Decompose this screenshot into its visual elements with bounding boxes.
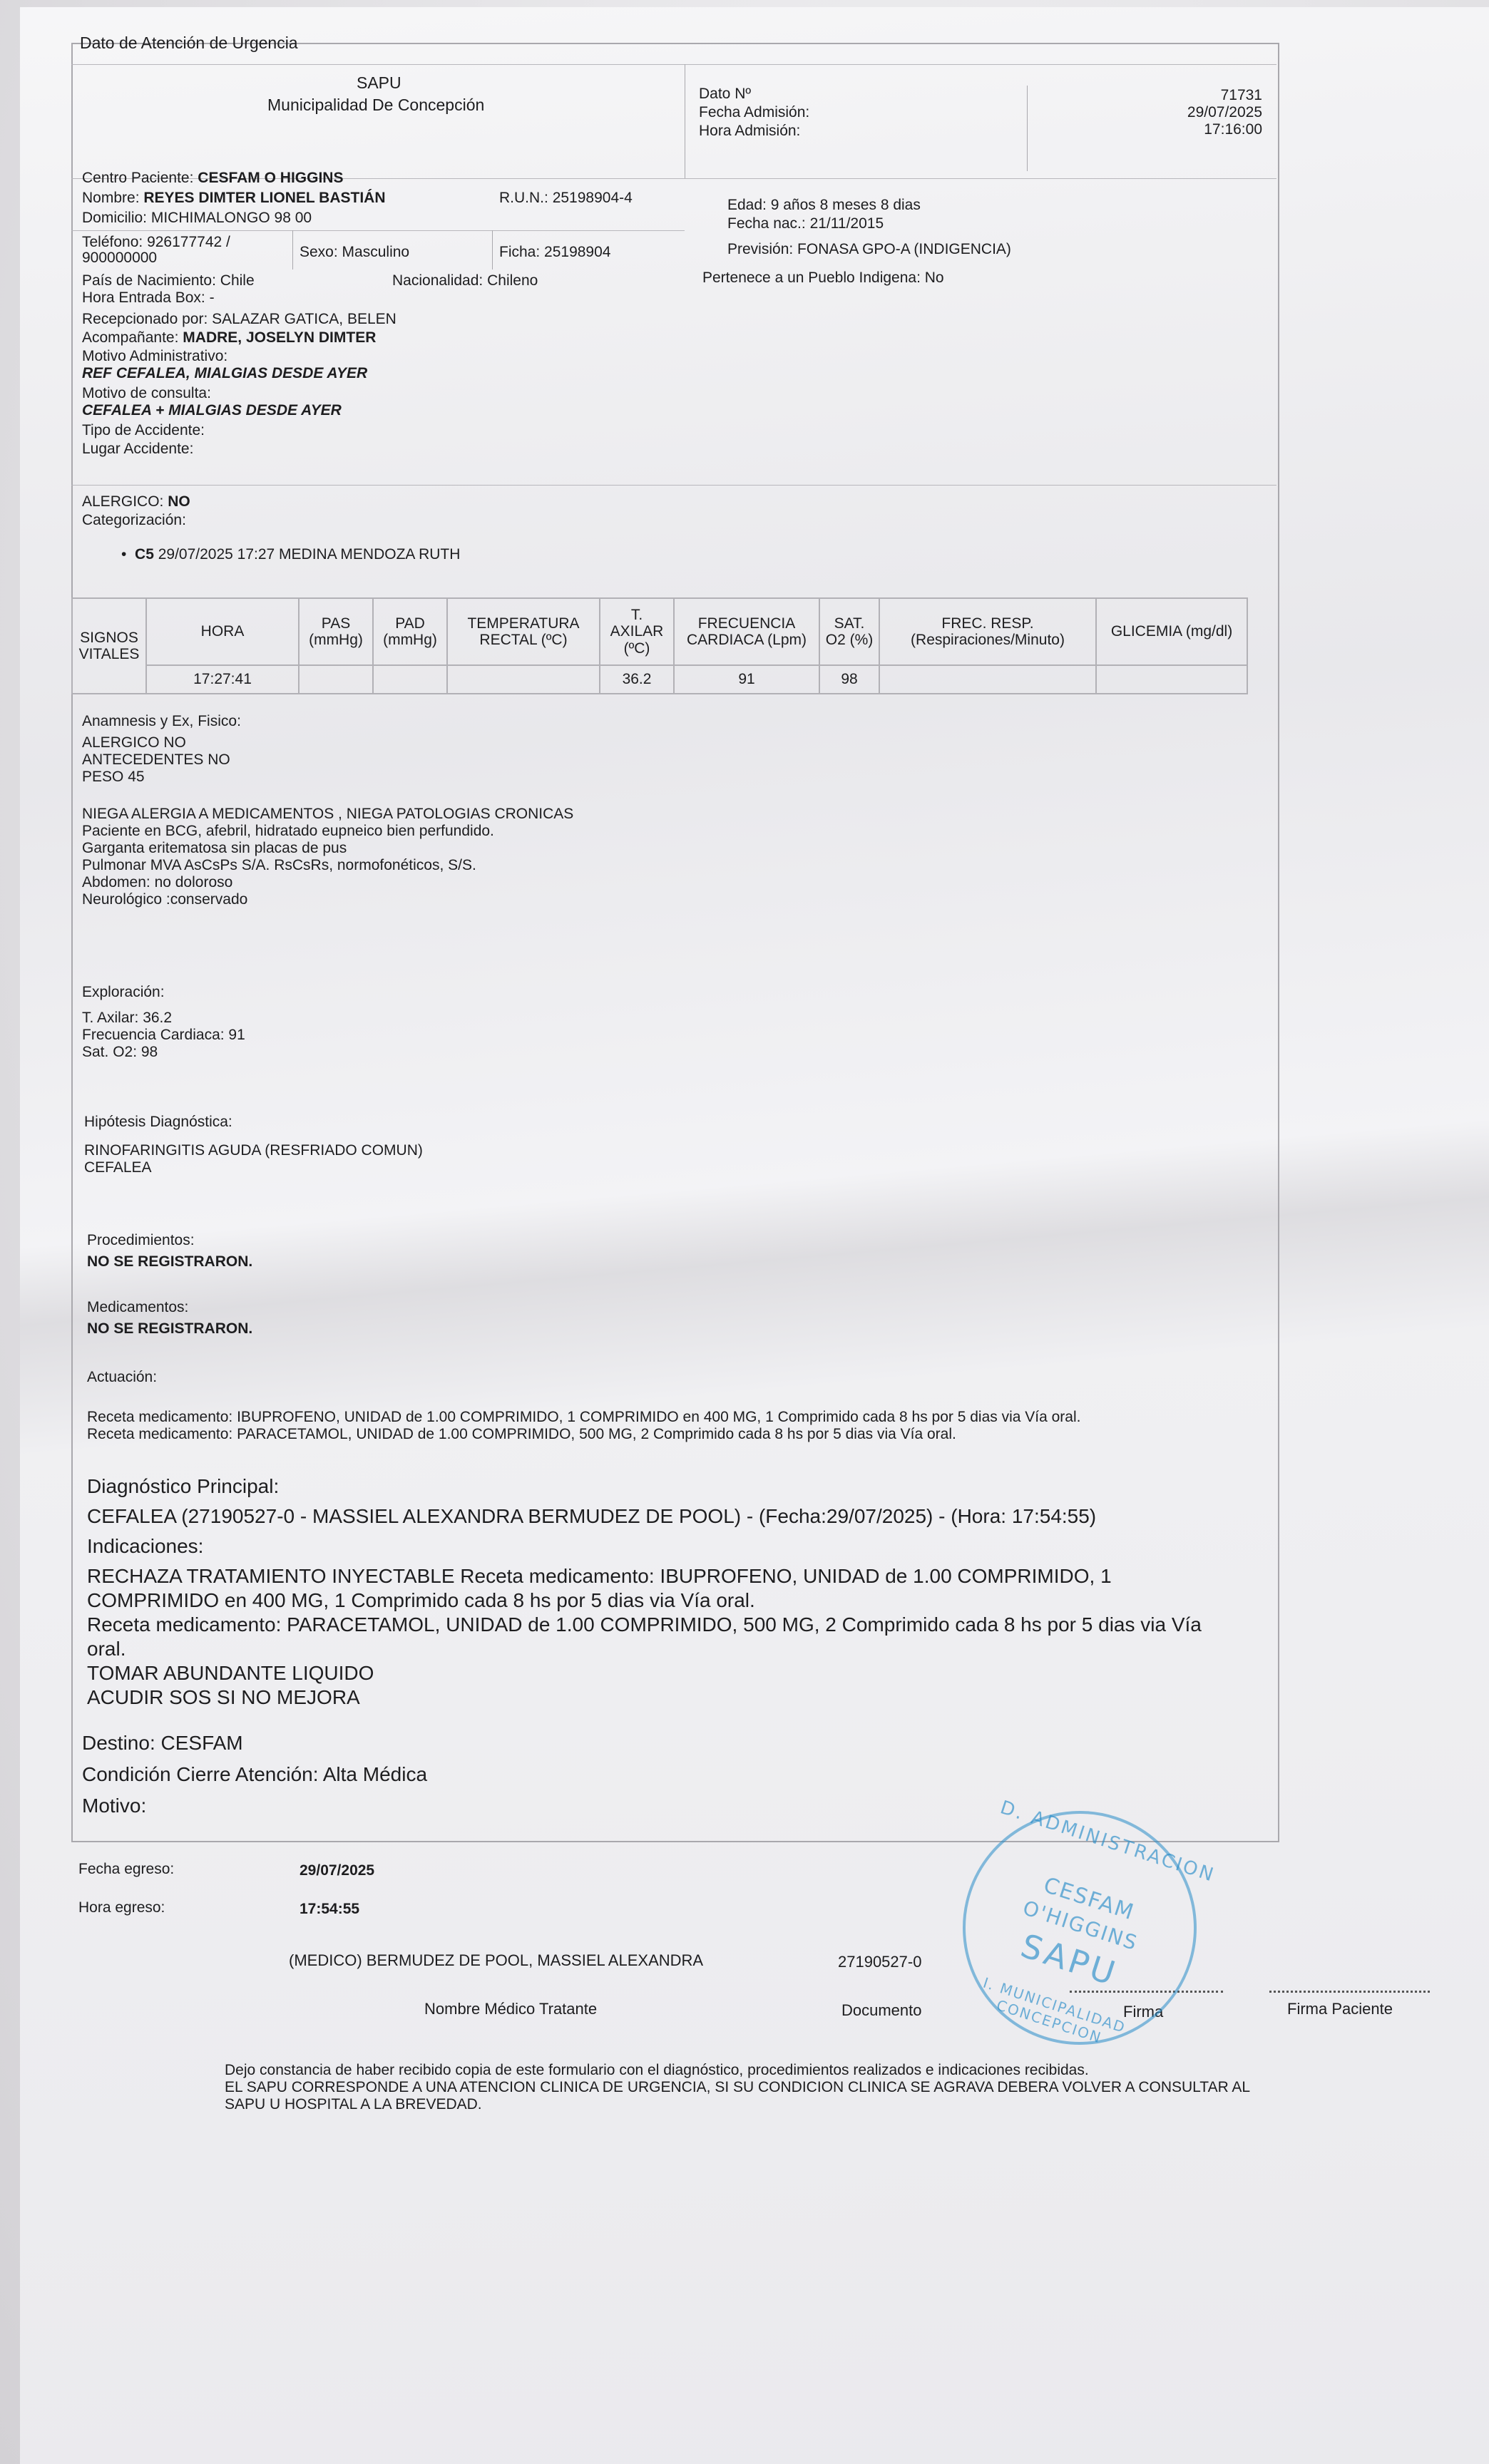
anamnesis-line: ALERGICO NO [82, 734, 186, 751]
hora-admision-label: Hora Admisión: [699, 123, 800, 139]
recepcionado-label: Recepcionado por: [82, 311, 208, 327]
medicamentos-value: NO SE REGISTRARON. [87, 1320, 252, 1337]
hora-box-label: Hora Entrada Box: [82, 289, 205, 306]
firma-paciente-line [1269, 1991, 1430, 1993]
motivo-cierre: Motivo: [82, 1795, 146, 1817]
anamnesis-line: NIEGA ALERGIA A MEDICAMENTOS , NIEGA PAT… [82, 806, 573, 822]
actuacion-label: Actuación: [87, 1369, 157, 1385]
run-value: 25198904-4 [553, 190, 633, 206]
divider [492, 230, 493, 269]
telefono-value: 926177742 / [147, 234, 230, 250]
fecha-egreso-label: Fecha egreso: [78, 1861, 174, 1877]
nombre-value: REYES DIMTER LIONEL BASTIÁN [143, 190, 385, 206]
anamnesis-line: ANTECEDENTES NO [82, 751, 230, 768]
motivo-admin-value: REF CEFALEA, MIALGIAS DESDE AYER [82, 365, 367, 381]
centro-paciente: Centro Paciente: CESFAM O HIGGINS [82, 170, 343, 186]
anamnesis-line: Paciente en BCG, afebril, hidratado eupn… [82, 823, 494, 839]
ficha: Ficha: 25198904 [499, 244, 610, 260]
anamnesis-line: Abdomen: no doloroso [82, 874, 232, 890]
sexo-value: Masculino [342, 244, 410, 260]
telefono: Teléfono: 926177742 / [82, 234, 230, 250]
anamnesis-line: Neurológico :conservado [82, 891, 247, 908]
footer-line: SAPU U HOSPITAL A LA BREVEDAD. [225, 2096, 482, 2113]
sexo-label: Sexo: [300, 244, 338, 260]
divider [71, 230, 685, 231]
institution-name: SAPU [357, 74, 401, 92]
categorizacion-code: C5 [135, 546, 154, 563]
indicaciones-line: COMPRIMIDO en 400 MG, 1 Comprimido cada … [87, 1590, 755, 1612]
vital-signs-value-row: 17:27:41 36.2 91 98 [72, 665, 1247, 694]
vital-signs-row-label: SIGNOS VITALES [72, 598, 146, 694]
vital-value-frec-cardiaca: 91 [674, 665, 819, 694]
footer-line: EL SAPU CORRESPONDE A UNA ATENCION CLINI… [225, 2079, 1250, 2095]
indicaciones-line: RECHAZA TRATAMIENTO INYECTABLE Receta me… [87, 1566, 1112, 1588]
pueblo-label: Pertenece a un Pueblo Indigena: [702, 269, 921, 286]
vital-header: SAT. O2 (%) [819, 598, 879, 665]
tipo-accidente-label: Tipo de Accidente: [82, 422, 205, 438]
categorizacion-value: 29/07/2025 17:27 MEDINA MENDOZA RUTH [158, 546, 461, 563]
domicilio-value: MICHIMALONGO 98 00 [151, 210, 312, 226]
anamnesis-line: Pulmonar MVA AsCsPs S/A. RsCsRs, normofo… [82, 857, 476, 873]
vital-value-pad [373, 665, 447, 694]
vital-signs-header-row: SIGNOS VITALES HORA PAS (mmHg) PAD (mmHg… [72, 598, 1247, 665]
vital-value-temp-axilar: 36.2 [600, 665, 674, 694]
pais-label: País de Nacimiento: [82, 272, 216, 289]
procedimientos-value: NO SE REGISTRARON. [87, 1253, 252, 1270]
alergico: ALERGICO: NO [82, 493, 190, 510]
edad-label: Edad: [727, 197, 767, 213]
hora-egreso-value: 17:54:55 [300, 1901, 359, 1917]
divider [71, 64, 1276, 65]
nacionalidad: Nacionalidad: Chileno [392, 272, 538, 289]
telefono-label: Teléfono: [82, 234, 143, 250]
divider [1027, 86, 1028, 171]
vital-header: PAD (mmHg) [373, 598, 447, 665]
categorizacion-label: Categorización: [82, 512, 186, 528]
vital-value-pas [299, 665, 373, 694]
ficha-value: 25198904 [544, 244, 610, 260]
motivo-admin-label: Motivo Administrativo: [82, 348, 227, 364]
vital-header: T. AXILAR (ºC) [600, 598, 674, 665]
hora-admision-value: 17:16:00 [1204, 121, 1262, 138]
nombre-label: Nombre: [82, 190, 140, 206]
ficha-label: Ficha: [499, 244, 540, 260]
domicilio-label: Domicilio: [82, 210, 147, 226]
prevision-value: FONASA GPO-A (INDIGENCIA) [797, 241, 1011, 257]
edad-value: 9 años 8 meses 8 dias [771, 197, 921, 213]
anamnesis-line: PESO 45 [82, 769, 145, 785]
run-label: R.U.N.: [499, 190, 548, 206]
centro-value: CESFAM O HIGGINS [198, 170, 343, 186]
fecha-admision-label: Fecha Admisión: [699, 104, 809, 120]
motivo-consulta-label: Motivo de consulta: [82, 385, 211, 401]
pais-nacimiento: País de Nacimiento: Chile [82, 272, 255, 289]
acompanante-label: Acompañante: [82, 329, 178, 346]
hipotesis-line: RINOFARINGITIS AGUDA (RESFRIADO COMUN) [84, 1142, 423, 1159]
domicilio: Domicilio: MICHIMALONGO 98 00 [82, 210, 312, 226]
documento-label: Documento [841, 2002, 922, 2019]
firma-paciente-label: Firma Paciente [1287, 2001, 1393, 2018]
medicamentos-label: Medicamentos: [87, 1299, 188, 1315]
alergico-value: NO [168, 493, 190, 510]
vital-header: HORA [146, 598, 299, 665]
hora-egreso-label: Hora egreso: [78, 1899, 165, 1916]
vital-header: FREC. RESP. (Respiraciones/Minuto) [879, 598, 1096, 665]
medico-nombre: (MEDICO) BERMUDEZ DE POOL, MASSIEL ALEXA… [289, 1952, 703, 1969]
hora-box-value: - [210, 289, 215, 306]
nacionalidad-label: Nacionalidad: [392, 272, 483, 289]
sexo: Sexo: Masculino [300, 244, 409, 260]
recepcionado: Recepcionado por: SALAZAR GATICA, BELEN [82, 311, 396, 327]
vital-value-temp-rectal [447, 665, 600, 694]
acompanante: Acompañante: MADRE, JOSELYN DIMTER [82, 329, 376, 346]
vital-value-glicemia [1096, 665, 1247, 694]
recepcionado-value: SALAZAR GATICA, BELEN [212, 311, 396, 327]
municipality-name: Municipalidad De Concepción [267, 96, 484, 114]
vital-value-frec-resp [879, 665, 1096, 694]
pueblo-value: No [925, 269, 944, 286]
pueblo-indigena: Pertenece a un Pueblo Indigena: No [702, 269, 944, 286]
diagnostico-label: Diagnóstico Principal: [87, 1476, 279, 1498]
divider [685, 64, 685, 178]
exploracion-line: Frecuencia Cardiaca: 91 [82, 1027, 245, 1043]
footer-line: Dejo constancia de haber recibido copia … [225, 2062, 1089, 2078]
vital-header: TEMPERATURA RECTAL (ºC) [447, 598, 600, 665]
indicaciones-line: Receta medicamento: PARACETAMOL, UNIDAD … [87, 1614, 1202, 1636]
anamnesis-line: Garganta eritematosa sin placas de pus [82, 840, 347, 856]
indicaciones-line: oral. [87, 1638, 126, 1660]
vital-header: FRECUENCIA CARDIACA (Lpm) [674, 598, 819, 665]
actuacion-line: Receta medicamento: PARACETAMOL, UNIDAD … [87, 1426, 956, 1442]
fecha-nac-value: 21/11/2015 [810, 215, 884, 232]
exploracion-label: Exploración: [82, 984, 165, 1000]
fecha-egreso-value: 29/07/2025 [300, 1862, 374, 1879]
telefono-value-2: 900000000 [82, 250, 157, 266]
form-title: Dato de Atención de Urgencia [80, 34, 298, 52]
indicaciones-label: Indicaciones: [87, 1536, 203, 1558]
fecha-nac-label: Fecha nac.: [727, 215, 806, 232]
hora-entrada-box: Hora Entrada Box: - [82, 289, 215, 306]
centro-label: Centro Paciente: [82, 170, 193, 186]
edad: Edad: 9 años 8 meses 8 dias [727, 197, 921, 213]
divider [292, 230, 293, 269]
fecha-nacimiento: Fecha nac.: 21/11/2015 [727, 215, 884, 232]
motivo-consulta-value: CEFALEA + MIALGIAS DESDE AYER [82, 402, 342, 419]
dato-value: 71731 [1221, 87, 1262, 103]
prevision-label: Previsión: [727, 241, 793, 257]
lugar-accidente-label: Lugar Accidente: [82, 441, 193, 457]
divider [71, 485, 1276, 486]
destino: Destino: CESFAM [82, 1732, 243, 1755]
vital-header: GLICEMIA (mg/dl) [1096, 598, 1247, 665]
diagnostico-value: CEFALEA (27190527-0 - MASSIEL ALEXANDRA … [87, 1506, 1096, 1528]
condicion-cierre: Condición Cierre Atención: Alta Médica [82, 1764, 427, 1786]
nombre: Nombre: REYES DIMTER LIONEL BASTIÁN [82, 190, 386, 206]
vital-value-sat-o2: 98 [819, 665, 879, 694]
vital-signs-table: SIGNOS VITALES HORA PAS (mmHg) PAD (mmHg… [71, 597, 1248, 694]
exploracion-line: Sat. O2: 98 [82, 1044, 158, 1060]
pais-value: Chile [220, 272, 255, 289]
actuacion-line: Receta medicamento: IBUPROFENO, UNIDAD d… [87, 1409, 1080, 1425]
procedimientos-label: Procedimientos: [87, 1232, 195, 1248]
nacionalidad-value: Chileno [487, 272, 538, 289]
hipotesis-label: Hipótesis Diagnóstica: [84, 1114, 232, 1130]
fecha-admision-value: 29/07/2025 [1187, 104, 1262, 120]
alergico-label: ALERGICO: [82, 493, 163, 510]
indicaciones-line: ACUDIR SOS SI NO MEJORA [87, 1687, 360, 1709]
medico-documento: 27190527-0 [838, 1954, 921, 1971]
prevision: Previsión: FONASA GPO-A (INDIGENCIA) [727, 241, 1011, 257]
indicaciones-line: TOMAR ABUNDANTE LIQUIDO [87, 1663, 374, 1685]
exploracion-line: T. Axilar: 36.2 [82, 1010, 172, 1026]
run: R.U.N.: 25198904-4 [499, 190, 633, 206]
hipotesis-line: CEFALEA [84, 1159, 152, 1176]
vital-header: PAS (mmHg) [299, 598, 373, 665]
categorizacion-entry: • C5 29/07/2025 17:27 MEDINA MENDOZA RUT… [121, 546, 460, 563]
nombre-medico-label: Nombre Médico Tratante [424, 2001, 597, 2018]
dato-label: Dato Nº [699, 86, 751, 102]
acompanante-value: MADRE, JOSELYN DIMTER [183, 329, 376, 346]
vital-value-hora: 17:27:41 [146, 665, 299, 694]
anamnesis-label: Anamnesis y Ex, Fisico: [82, 713, 241, 729]
